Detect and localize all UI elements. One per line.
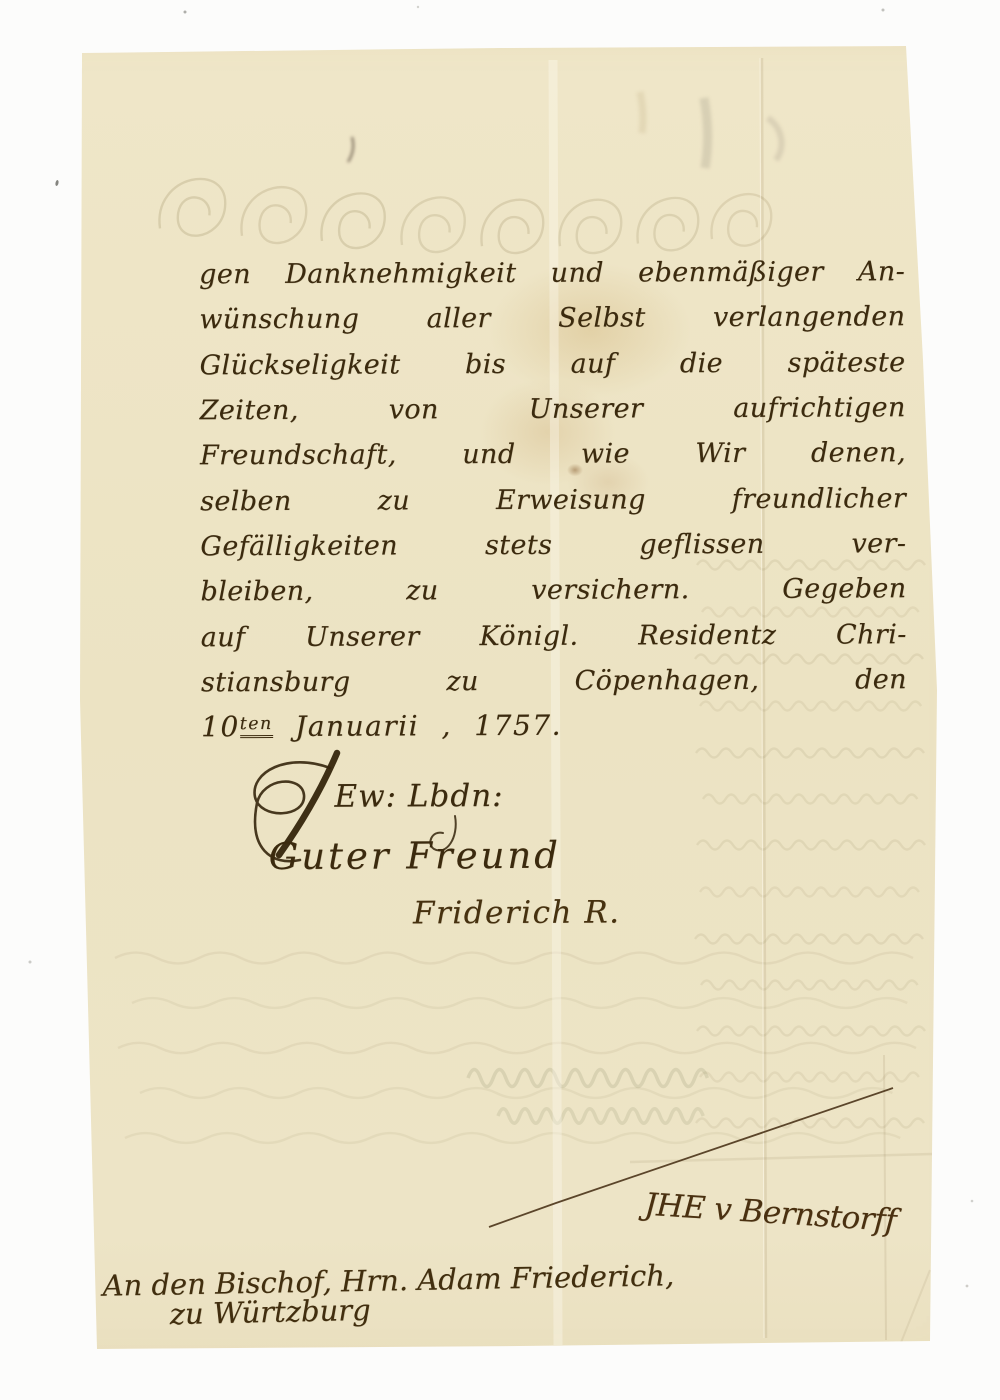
scan-background: gen Danknehmigkeit und ebenmäßiger An- w…: [0, 0, 1000, 1400]
background-specks: [0, 0, 1000, 1400]
